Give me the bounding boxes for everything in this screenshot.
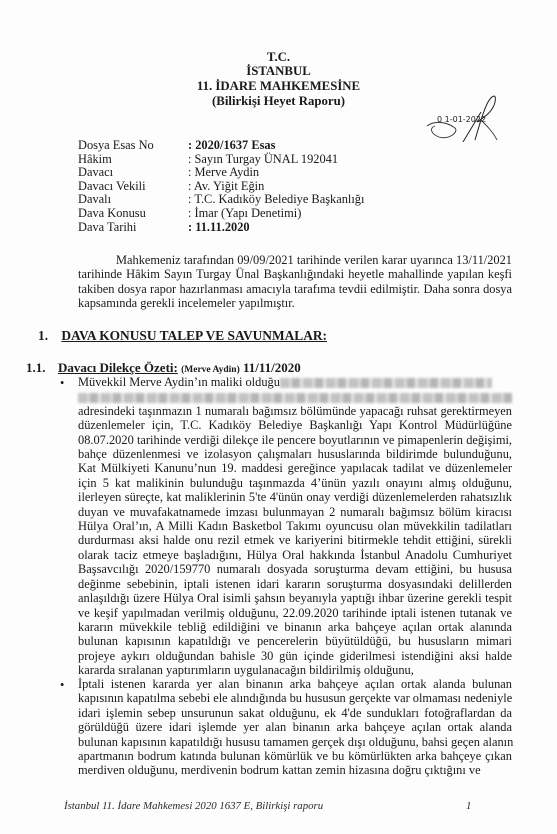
text-line: kararda sıralanan yaptırımların uygulana… [78, 663, 512, 677]
case-info-label: Dosya Esas No [78, 139, 188, 153]
signature-icon: 0 1-01-2022 [425, 82, 505, 142]
text-line: idari işlemin sebep unsurunun sakat oldu… [78, 706, 512, 720]
redacted-address-blur [78, 393, 512, 403]
case-info-row: Davacı: Merve Aydin [78, 166, 364, 180]
text-line: Hülya Oral’ın, A Milli Kadın Basketbol T… [78, 519, 512, 533]
bullet-paragraph-2: İptali istenen kararda yer alan binanın … [78, 677, 512, 778]
case-info-value: : İmar (Yapı Denetimi) [188, 207, 301, 221]
text-line: adresindeki taşınmazın 1 numaralı bağıms… [78, 404, 512, 418]
text-line: İptali istenen kararda yer alan binanın … [78, 677, 512, 691]
section-title: DAVA KONUSU TALEP VE SAVUNMALAR: [61, 328, 327, 343]
case-info-value: : 2020/1637 Esas [188, 139, 275, 153]
signature-stamp: 0 1-01-2022 [425, 82, 505, 142]
case-info-label: Davalı [78, 193, 188, 207]
text-line: Başsavcılığı 2020/159770 numaralı dosyad… [78, 562, 512, 576]
header-tc: T.C. [0, 50, 557, 65]
page-footer: İstanbul 11. İdare Mahkemesi 2020 1637 E… [64, 800, 323, 812]
case-info-table: Dosya Esas No: 2020/1637 EsasHâkim: Sayı… [78, 139, 364, 234]
text-line: değinme sebebinin, iptali istenen idari … [78, 577, 512, 591]
text-line: kararın müvekkile tebliğ edildiğini ve b… [78, 620, 512, 634]
text-line: Kat Mülkiyeti Kanunu’nun 19. maddesi ger… [78, 461, 512, 475]
redacted-line: Müvekkil Merve Aydin’ın maliki olduğu [78, 375, 512, 389]
text-line: tarihinde Hâkim Sayın Turgay Ünal Başkan… [78, 267, 512, 281]
text-line: bulunan kapısının kapatıldığı hususu tam… [78, 735, 512, 749]
page-number: 1 [466, 800, 471, 812]
case-info-row: Dava Tarihi: 11.11.2020 [78, 221, 364, 235]
text-line: ve keşif yapılmadan verilmiş olduğunu, 2… [78, 606, 512, 620]
section-number: 1. [38, 328, 58, 344]
text-line: projeye aykırı olduğundan bahisle 30 gün… [78, 649, 512, 663]
text-line: Müvekkil Merve Aydin’ın maliki olduğu [78, 375, 280, 389]
subsection-number: 1.1. [26, 360, 58, 376]
text-line: için 5 kat malikinin bulunduğu taşınmazd… [78, 476, 512, 490]
bullet-icon: • [60, 376, 64, 391]
intro-paragraph: Mahkemeniz tarafından 09/09/2021 tarihin… [78, 253, 512, 311]
text-line: anlaşıldığı üzere Hülya Oral isimli şahs… [78, 591, 512, 605]
case-info-value: : T.C. Kadıköy Belediye Başkanlığı [188, 193, 364, 207]
text-line: düzenlemeler için, T.C. Kadıköy Belediye… [78, 418, 512, 432]
case-info-row: Davalı: T.C. Kadıköy Belediye Başkanlığı [78, 193, 364, 207]
text-line: kapısının kapatılma sebebi ele alındığın… [78, 691, 512, 705]
case-info-value: : Av. Yiğit Eğin [188, 180, 264, 194]
text-line: 08.07.2020 tarihinde verdiği dilekçe ile… [78, 433, 512, 447]
text-line: duyan ve muvafakatnamede imzası bulunmay… [78, 505, 512, 519]
party-name: (Merve Aydin) [181, 365, 240, 375]
case-info-row: Dosya Esas No: 2020/1637 Esas [78, 139, 364, 153]
text-line: merdiven olduğunu, merdivenin bodrum kat… [78, 763, 512, 777]
bullet-icon: • [60, 678, 64, 693]
section-1-heading: 1. DAVA KONUSU TALEP VE SAVUNMALAR: [38, 328, 327, 344]
text-line: görüldüğü üzere idari işlemde yer alan b… [78, 720, 512, 734]
case-info-value: : Merve Aydin [188, 166, 259, 180]
case-info-label: Davacı [78, 166, 188, 180]
case-info-label: Davacı Vekili [78, 180, 188, 194]
text-line: durdurması aksi halde onu rezil etmek ve… [78, 533, 512, 547]
text-line: bulunan kapısının kapatıldığı ve pencere… [78, 634, 512, 648]
redacted-address-blur [280, 378, 492, 388]
svg-text:0 1-01-2022: 0 1-01-2022 [437, 115, 486, 124]
subsection-title: Davacı Dilekçe Özeti: [58, 360, 178, 375]
text-line: apartmanın bodrum katında bulunan kömürl… [78, 749, 512, 763]
text-line: olarak taciz etmeye başladığını, Hülya O… [78, 548, 512, 562]
document-page: T.C. İSTANBUL 11. İDARE MAHKEMESİNE (Bil… [0, 0, 557, 834]
section-1-1-heading: 1.1.Davacı Dilekçe Özeti: (Merve Aydin) … [26, 360, 301, 376]
header-city: İSTANBUL [0, 64, 557, 79]
case-info-label: Dava Konusu [78, 207, 188, 221]
text-line: bahçe düzenlenmesi ve izolasyon çalışmal… [78, 447, 512, 461]
text-line: Mahkemeniz tarafından 09/09/2021 tarihin… [78, 253, 512, 267]
text-line: kapsamında gerekli incelemeler yapılmışt… [78, 296, 512, 310]
case-info-row: Davacı Vekili: Av. Yiğit Eğin [78, 180, 364, 194]
redacted-line [78, 389, 512, 403]
petition-date: 11/11/2020 [243, 360, 301, 375]
case-info-row: Dava Konusu: İmar (Yapı Denetimi) [78, 207, 364, 221]
case-info-value: : Sayın Turgay ÜNAL 192041 [188, 153, 338, 167]
text-line: takiben dosya rapor hazırlanması amacıyl… [78, 282, 512, 296]
bullet-paragraph-1: Müvekkil Merve Aydin’ın maliki olduğu ad… [78, 375, 512, 678]
case-info-label: Dava Tarihi [78, 221, 188, 235]
text-line: ilerleyen süreçte, kat maliklerinin 5'te… [78, 490, 512, 504]
case-info-row: Hâkim: Sayın Turgay ÜNAL 192041 [78, 153, 364, 167]
case-info-value: : 11.11.2020 [188, 221, 250, 235]
case-info-label: Hâkim [78, 153, 188, 167]
